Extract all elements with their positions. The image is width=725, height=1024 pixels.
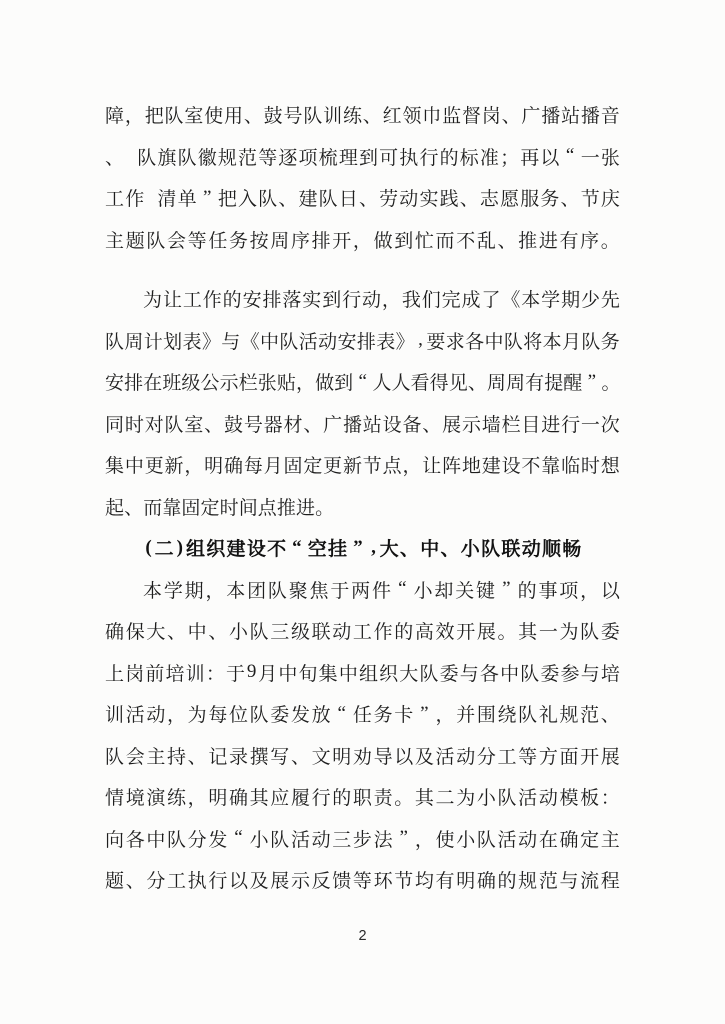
text-line: 主题队会等任务按周序排开，做到忙而不乱、推进有序。 <box>105 219 620 261</box>
text-line: 为让工作的安排落实到行动，我们完成了《本学期少先 <box>105 278 620 320</box>
text-line: 、 队旗队徽规范等逐项梳理到可执行的标准；再以“一张 <box>105 136 620 178</box>
text-line: 工作 清单”把入队、建队日、劳动实践、志愿服务、节庆 <box>105 177 620 219</box>
text-line: 题、分工执行以及展示反馈等环节均有明确的规范与流程 <box>105 859 620 901</box>
section-heading: (二)组织建设不“空挂”,大、中、小队联动顺畅 <box>105 527 620 569</box>
text-line: 向各中队分发“小队活动三步法”，使小队活动在确定主 <box>105 818 620 860</box>
text-line: 本学期，本团队聚焦于两件“小却关键”的事项，以 <box>105 569 620 611</box>
text-line: 上岗前培训：于9月中旬集中组织大队委与各中队委参与培 <box>105 652 620 694</box>
document-page: 障，把队室使用、鼓号队训练、红领巾监督岗、广播站播音、 队旗队徽规范等逐项梳理到… <box>0 0 725 1024</box>
text-line: 起、而靠固定时间点推进。 <box>105 486 620 528</box>
text-line: 集中更新，明确每月固定更新节点，让阵地建设不靠临时想 <box>105 444 620 486</box>
text-line: 队周计划表》与《中队活动安排表》,要求各中队将本月队务 <box>105 320 620 362</box>
text-line: 安排在班级公示栏张贴，做到“人人看得见、周周有提醒”。 <box>105 361 620 403</box>
document-body: 障，把队室使用、鼓号队训练、红领巾监督岗、广播站播音、 队旗队徽规范等逐项梳理到… <box>105 94 620 901</box>
text-line: 队会主持、记录撰写、文明劝导以及活动分工等方面开展 <box>105 735 620 777</box>
text-line: 障，把队室使用、鼓号队训练、红领巾监督岗、广播站播音 <box>105 94 620 136</box>
page-number: 2 <box>0 928 725 944</box>
text-line: 训活动，为每位队委发放“任务卡”，并围绕队礼规范、 <box>105 693 620 735</box>
text-line: 情境演练，明确其应履行的职责。其二为小队活动模板： <box>105 776 620 818</box>
text-line: 确保大、中、小队三级联动工作的高效开展。其一为队委 <box>105 610 620 652</box>
text-line: 同时对队室、鼓号器材、广播站设备、展示墙栏目进行一次 <box>105 403 620 445</box>
